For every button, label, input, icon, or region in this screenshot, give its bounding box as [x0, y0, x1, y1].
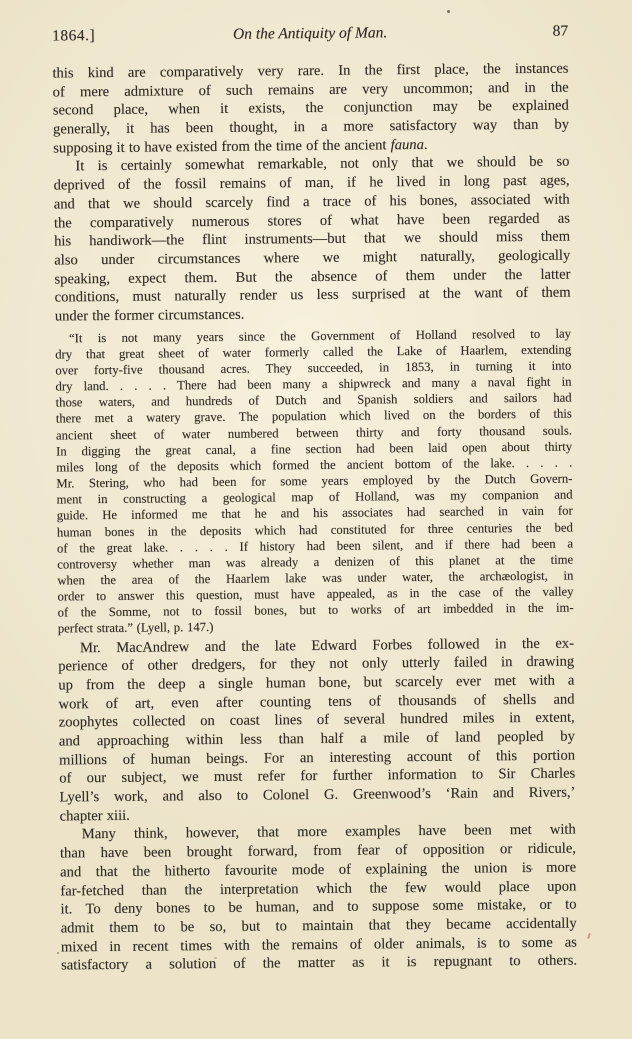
scan-speck — [587, 933, 591, 939]
page-content: 1864.] On the Antiquity of Man. 87 this … — [52, 22, 577, 976]
running-header: 1864.] On the Antiquity of Man. 87 — [52, 22, 568, 46]
header-page-number: 87 — [472, 22, 568, 42]
paragraph: Mr. MacAndrew and the late Edward Forbes… — [58, 634, 576, 826]
paragraph: It is certainly somewhat remarkable, not… — [53, 153, 571, 326]
paragraph: this kind are comparatively very rare. I… — [52, 60, 569, 158]
book-page: 1864.] On the Antiquity of Man. 87 this … — [0, 0, 632, 1039]
page-body: this kind are comparatively very rare. I… — [52, 60, 577, 976]
scan-speck — [447, 10, 450, 13]
scan-speck — [57, 952, 59, 954]
header-title: On the Antiquity of Man. — [148, 22, 472, 44]
text-line: under the former circumstances. — [55, 302, 571, 326]
header-year: 1864.] — [52, 26, 148, 46]
quote-paragraph: “It is not many years since the Governme… — [55, 325, 574, 637]
text-line: satisfactory a solution of the matter as… — [61, 952, 577, 976]
paragraph: Many think, however, that more examples … — [60, 821, 577, 975]
